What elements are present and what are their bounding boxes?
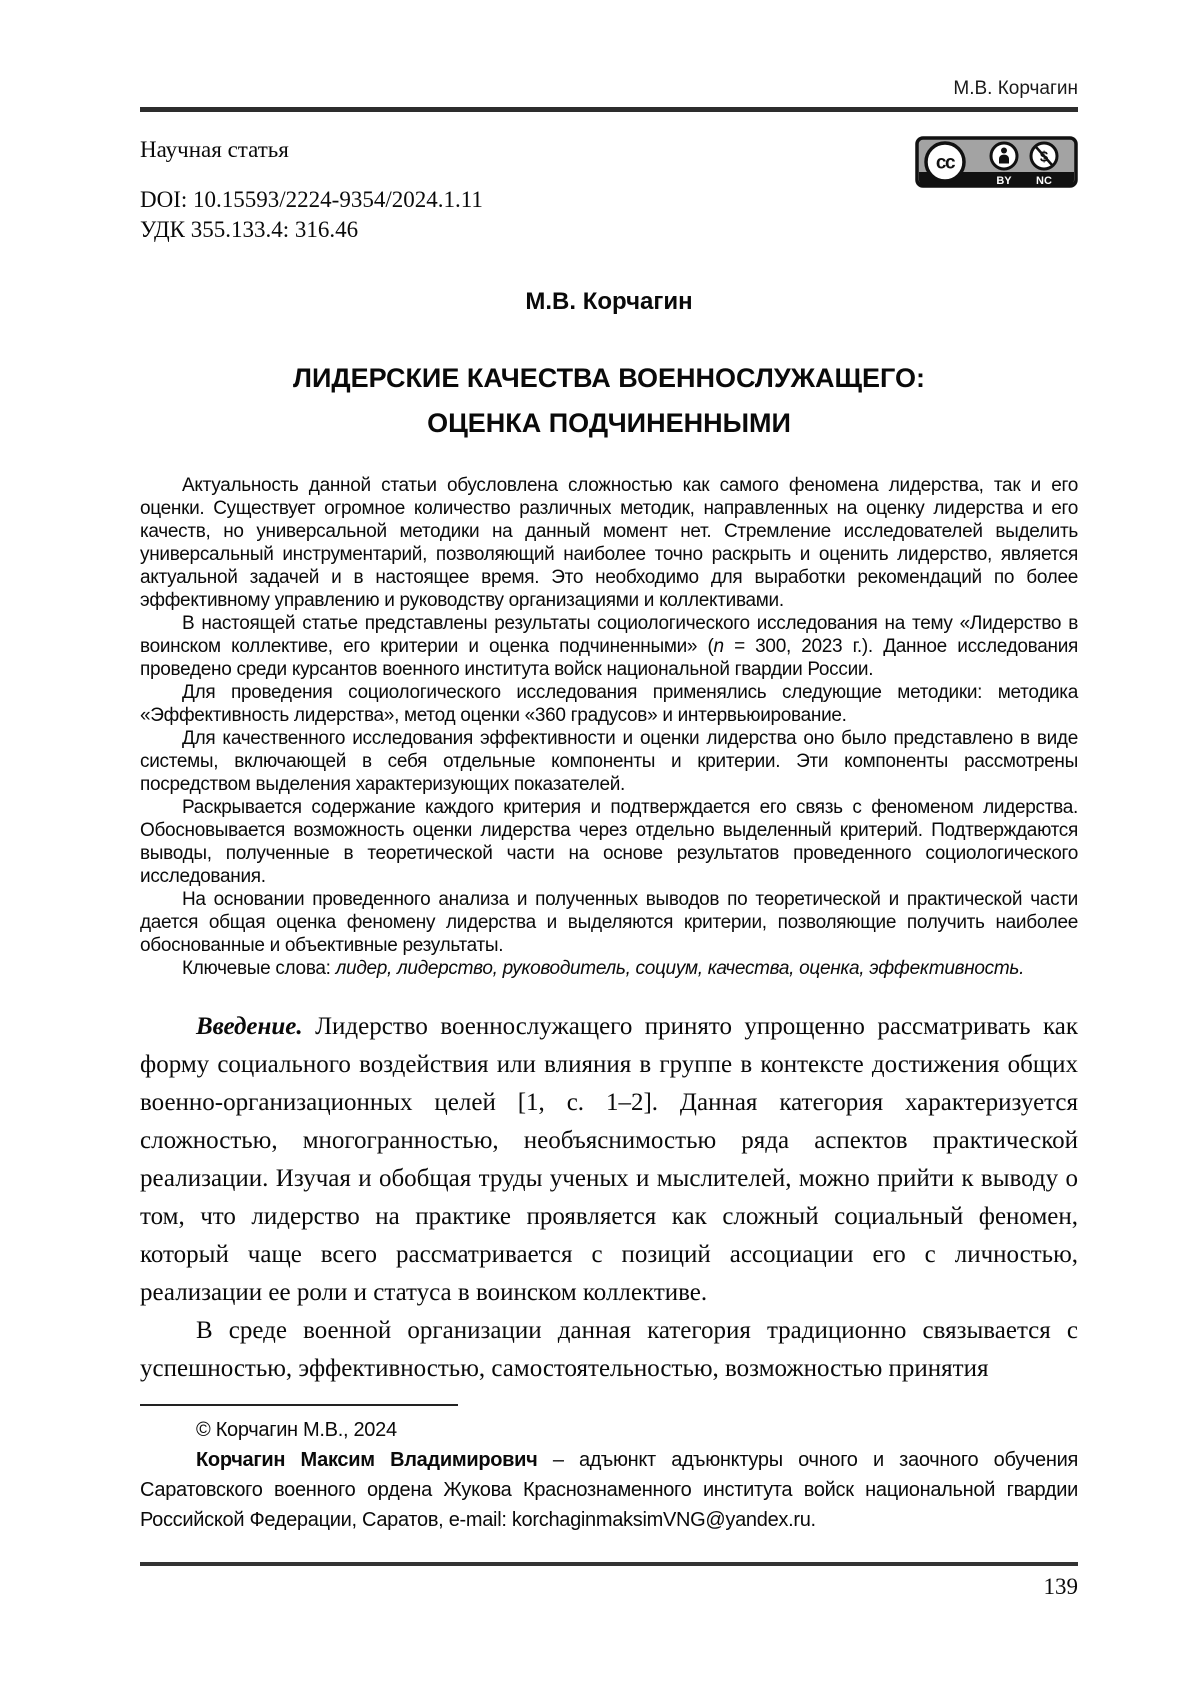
keywords-label: Ключевые слова: bbox=[182, 958, 331, 979]
header-rule bbox=[140, 107, 1078, 112]
doi-text: DOI: 10.15593/2224-9354/2024.1.11 bbox=[140, 186, 483, 214]
intro-paragraph: Введение. Лидерство военнослужащего прин… bbox=[140, 1008, 1078, 1312]
cc-by-nc-badge: cc $ BY NC bbox=[915, 136, 1078, 188]
page-footer: 139 bbox=[140, 1562, 1078, 1600]
cc-logo-text: cc bbox=[936, 153, 956, 174]
footnote-copyright: © Корчагин М.В., 2024 bbox=[140, 1415, 1078, 1445]
article-body: Введение. Лидерство военнослужащего прин… bbox=[140, 1008, 1078, 1388]
article-type-label: Научная статья bbox=[140, 136, 483, 164]
intro-text: Лидерство военнослужащего принято упроще… bbox=[140, 1013, 1078, 1306]
abstract-paragraph: Для проведения социологического исследов… bbox=[140, 681, 1078, 727]
nc-label: NC bbox=[1036, 175, 1052, 187]
abstract-keywords: Ключевые слова: лидер, лидерство, руково… bbox=[140, 957, 1078, 980]
page-number: 139 bbox=[140, 1574, 1078, 1600]
keywords-list: лидер, лидерство, руководитель, социум, … bbox=[336, 958, 1024, 979]
meta-row: Научная статья DOI: 10.15593/2224-9354/2… bbox=[140, 136, 1078, 244]
article-title: ЛИДЕРСКИЕ КАЧЕСТВА ВОЕННОСЛУЖАЩЕГО: ОЦЕН… bbox=[140, 356, 1078, 446]
by-person-head bbox=[1001, 148, 1007, 154]
intro-heading: Введение. bbox=[196, 1013, 303, 1040]
abstract-paragraph: Для качественного исследования эффективн… bbox=[140, 727, 1078, 796]
meta-block: Научная статья DOI: 10.15593/2224-9354/2… bbox=[140, 136, 483, 244]
footnote-author-info: Корчагин Максим Владимирович – адъюнкт а… bbox=[140, 1445, 1078, 1535]
abstract-paragraph: На основании проведенного анализа и полу… bbox=[140, 888, 1078, 957]
by-label: BY bbox=[996, 175, 1012, 187]
footnote: © Корчагин М.В., 2024 Корчагин Максим Вл… bbox=[140, 1415, 1078, 1535]
footnote-author-name: Корчагин Максим Владимирович bbox=[196, 1449, 537, 1471]
body-paragraph: В среде военной организации данная катег… bbox=[140, 1312, 1078, 1388]
article-title-line1: ЛИДЕРСКИЕ КАЧЕСТВА ВОЕННОСЛУЖАЩЕГО: bbox=[293, 363, 925, 393]
footnote-rule bbox=[140, 1404, 458, 1406]
running-head-author: М.В. Корчагин bbox=[953, 78, 1078, 99]
footer-rule bbox=[140, 1562, 1078, 1566]
abstract-paragraph: В настоящей статье представлены результа… bbox=[140, 612, 1078, 681]
article-page: М.В. Корчагин Научная статья DOI: 10.155… bbox=[0, 0, 1200, 1700]
udc-text: УДК 355.133.4: 316.46 bbox=[140, 216, 483, 244]
abstract: Актуальность данной статьи обусловлена с… bbox=[140, 474, 1078, 980]
running-head: М.В. Корчагин bbox=[140, 0, 1078, 100]
article-title-line2: ОЦЕНКА ПОДЧИНЕННЫМИ bbox=[427, 408, 791, 438]
abstract-n-variable: n bbox=[713, 636, 723, 657]
author-name: М.В. Корчагин bbox=[140, 288, 1078, 316]
by-person-body bbox=[999, 155, 1009, 164]
abstract-paragraph: Раскрывается содержание каждого критерия… bbox=[140, 796, 1078, 888]
abstract-paragraph: Актуальность данной статьи обусловлена с… bbox=[140, 474, 1078, 612]
